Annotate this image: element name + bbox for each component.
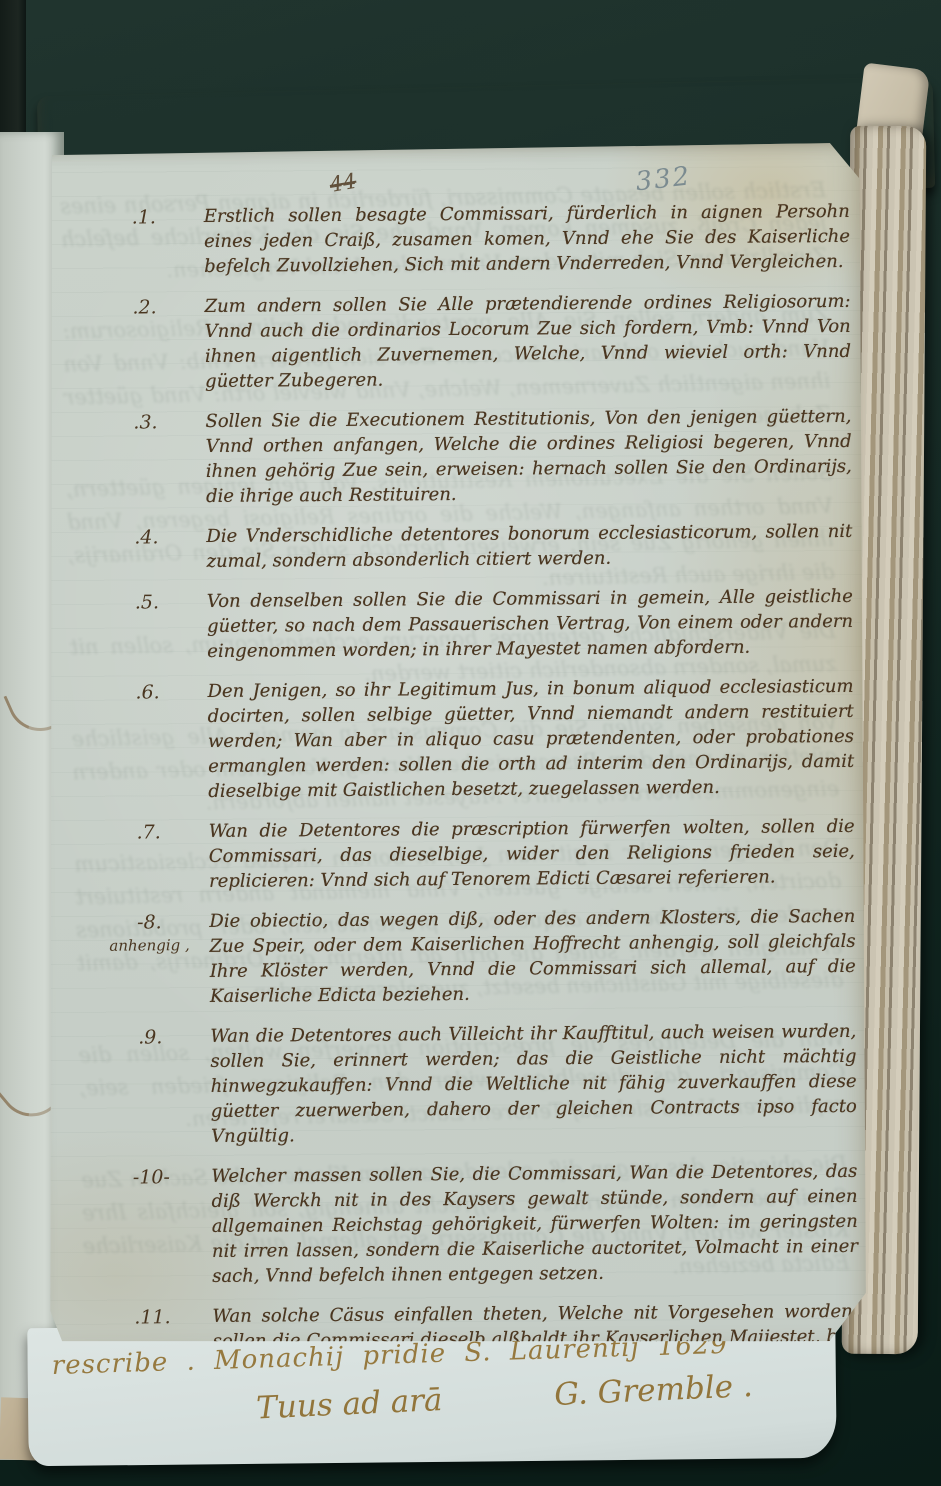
manuscript-item: .3.Sollen Sie die Executionem Restitutio… [99,404,824,510]
item-text: Wan die Detentores auch Villeicht ihr Ka… [210,1019,857,1149]
item-text: Die Vnderschidliche detentores bonorum e… [206,519,852,574]
item-text: Von denselben sollen Sie die Commissari … [207,584,854,664]
manuscript-item: -8.anhengig ,Die obiectio, das wegen diß… [103,904,828,1010]
item-text: Welcher massen sollen Sie, die Commissar… [211,1159,858,1289]
item-number: .7. [103,821,195,844]
manuscript-item: .5.Von denselben sollen Sie die Commissa… [101,584,826,665]
item-number: .1. [98,206,190,229]
manuscript-item: -10-Welcher massen sollen Sie, die Commi… [105,1159,830,1290]
cancelled-number: 44 [328,169,358,197]
item-text: Die obiectio, das wegen diß, oder des an… [209,904,856,1009]
manuscript-item: .4.Die Vnderschidliche detentores bonoru… [100,519,824,575]
manuscript-item: .1.Erstlich sollen besagte Commissari, f… [98,199,823,280]
ink-flourish [3,683,53,741]
page-content: 44 332 .1.Erstlich sollen besagte Commis… [98,199,831,1321]
item-number: .11. [106,1306,198,1329]
item-text: Erstlich sollen besagte Commissari, fürd… [204,199,851,279]
footer-signature: G. Gremble . [554,1368,754,1413]
item-text: Wan die Detentores die præscription fürw… [209,814,856,894]
ink-flourish [0,1071,53,1130]
item-text: Den Jenigen, so ihr Legitimum Jus, in bo… [207,674,854,804]
manuscript-item: .9.Wan die Detentores auch Villeicht ihr… [104,1019,829,1150]
item-number: .4. [100,526,192,549]
main-page: Erstlich sollen besagte Commissari, fürd… [41,143,868,1347]
item-number: -8. [103,911,195,934]
item-number: .9. [104,1026,196,1049]
item-number: .5. [101,591,193,614]
manuscript-item: .6.Den Jenigen, so ihr Legitimum Jus, in… [101,674,826,805]
items-list: .1.Erstlich sollen besagte Commissari, f… [98,199,831,1395]
item-number: .6. [101,681,193,704]
margin-note: anhengig , [103,936,195,955]
manuscript-item: .7.Wan die Detentores die præscription f… [103,814,828,895]
manuscript-photo: rescribe . Monachij pridie S. Laurentij … [0,0,941,1486]
item-text: Zum andern sollen Sie Alle prætendierend… [204,289,851,394]
manuscript-item: .2.Zum andern sollen Sie Alle prætendier… [98,289,823,395]
item-number: .2. [98,296,190,319]
item-number: -10- [105,1166,197,1189]
item-number: .3. [99,411,191,434]
under-page: rescribe . Monachij pridie S. Laurentij … [27,1320,836,1466]
item-text: Sollen Sie die Executionem Restitutionis… [205,404,852,509]
footer-valediction: Tuus ad arā [255,1382,443,1426]
folio-number: 332 [634,161,693,197]
